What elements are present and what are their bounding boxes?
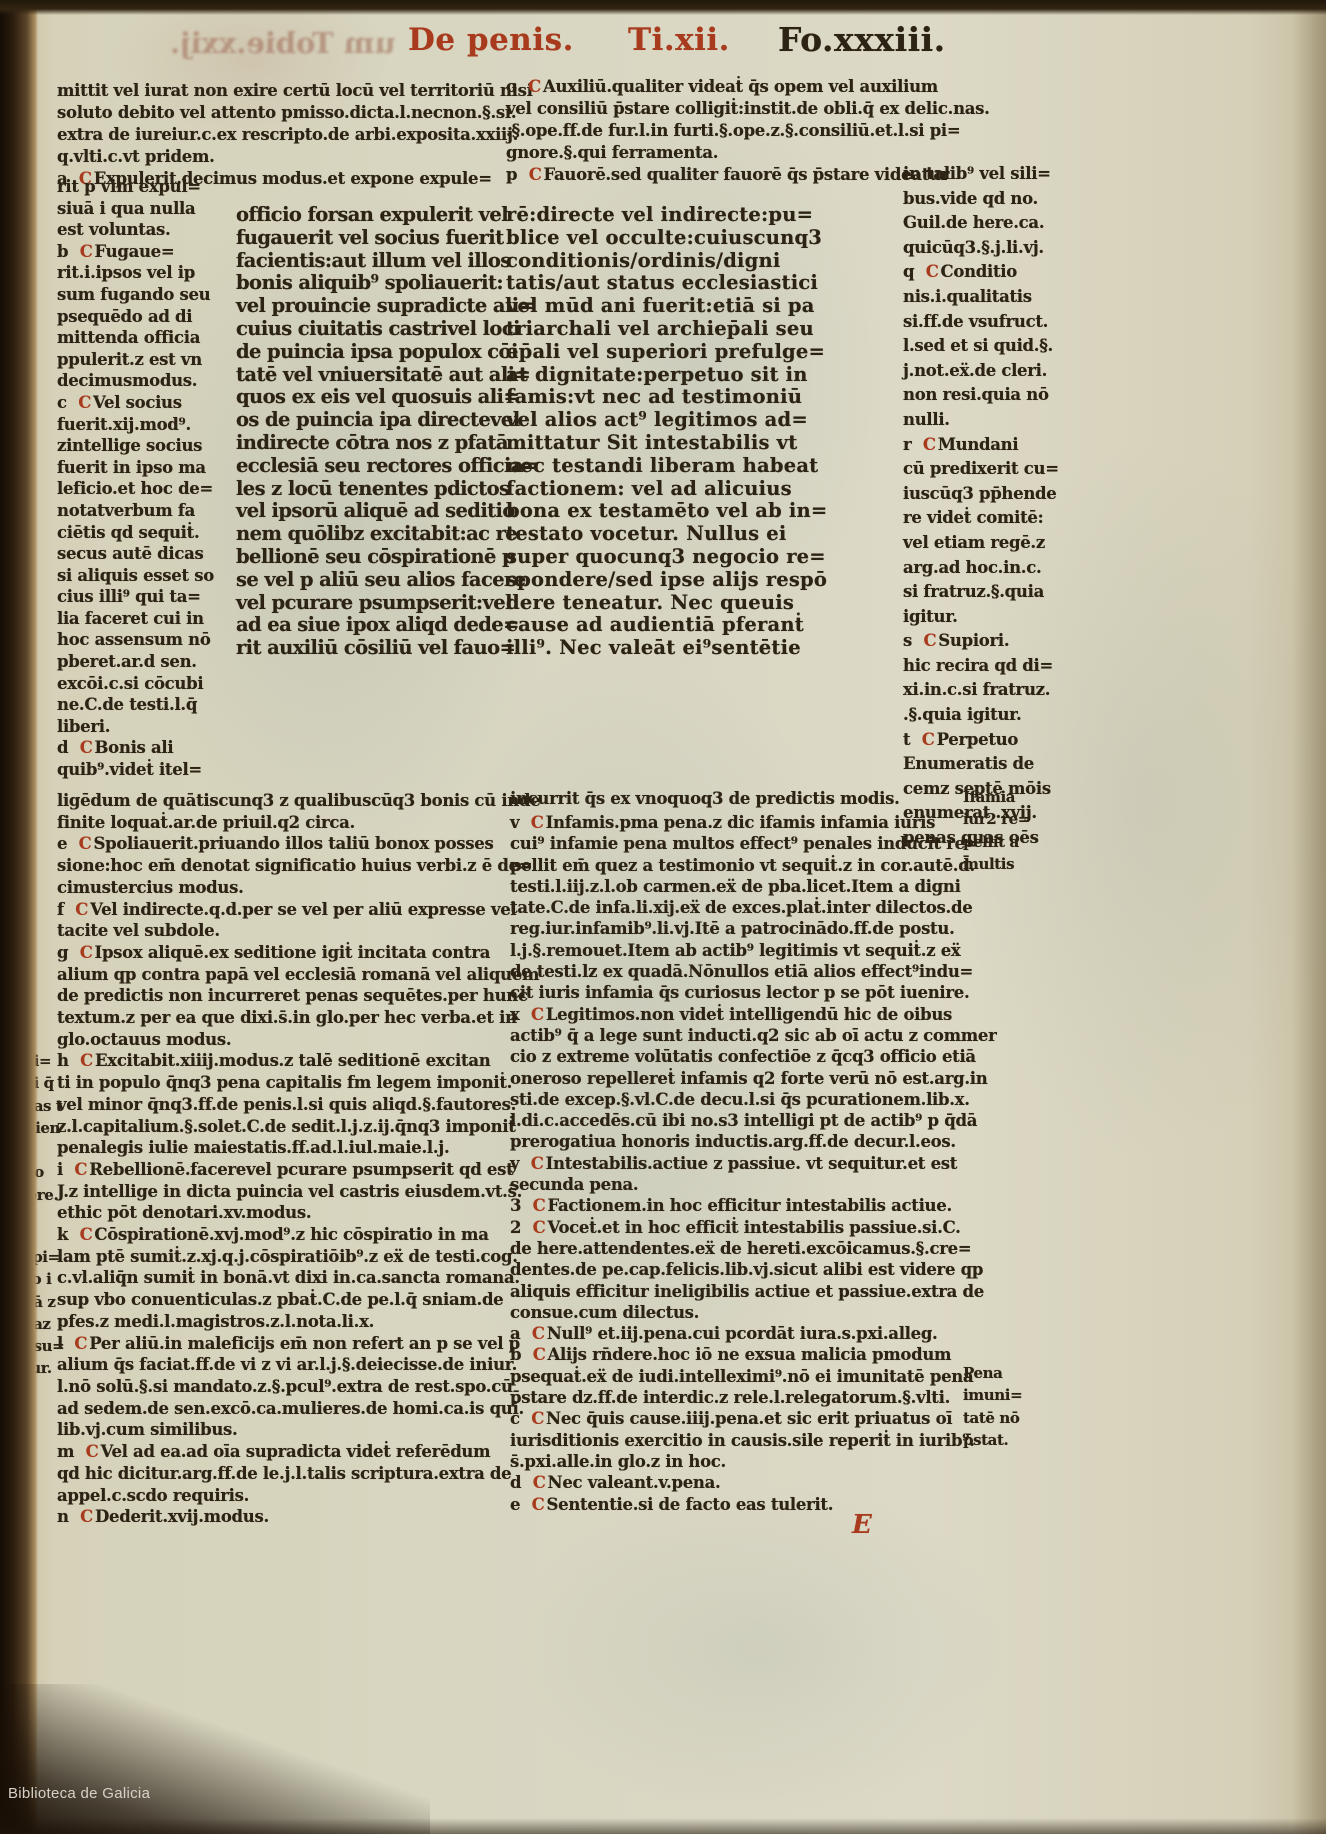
text-column-right: rē:directe vel indirecte:pu=blice vel oc… (506, 204, 866, 660)
page-edge-bottom (0, 1818, 1326, 1834)
page-edge-right (1292, 0, 1326, 1834)
margin-note-infamia: Ifamiaiur2 re=pellit amultis (963, 786, 1075, 875)
library-stamp: Biblioteca de Galicia (8, 1785, 150, 1802)
gloss-lower-right: v CInfamis.pma pena.z dic ifamis infamia… (510, 812, 965, 1515)
margin-note-pena: Penaimuni=tatē nōp̄stat. (963, 1362, 1075, 1451)
page-edge-top (0, 0, 1326, 15)
gloss-lower-left: ligēdum de quātiscunq3 z qualibuscūq3 bo… (57, 790, 537, 1528)
corner-shadow (0, 1684, 430, 1834)
running-head-titulus: Ti.xii. (628, 22, 730, 58)
bleedthrough-text: um Tobie.xxij. (170, 26, 396, 60)
text-column-center: officio forsan expulerit velfugauerit ve… (236, 204, 506, 660)
gloss-top-left-block: mittit vel iurat non exire certū locū ve… (57, 80, 512, 190)
binding-edge (0, 0, 38, 1834)
scanned-book-page: um Tobie.xxij. De penis. Ti.xii. Fo.xxxi… (0, 0, 1326, 1834)
folio-number: Fo.xxxiii. (778, 20, 946, 59)
gloss-column-left: rit p vim expul=siuā i qua nullaest volu… (57, 176, 231, 781)
gloss-column-right: in talib⁹ vel sili=bus.vide qd no.Guil.d… (903, 162, 1073, 851)
running-head-title: De penis. (408, 22, 574, 58)
bridge-line: incurrit q̄s ex vnoquoq3 de predictis mo… (510, 788, 970, 810)
signature-mark: E (852, 1510, 872, 1540)
